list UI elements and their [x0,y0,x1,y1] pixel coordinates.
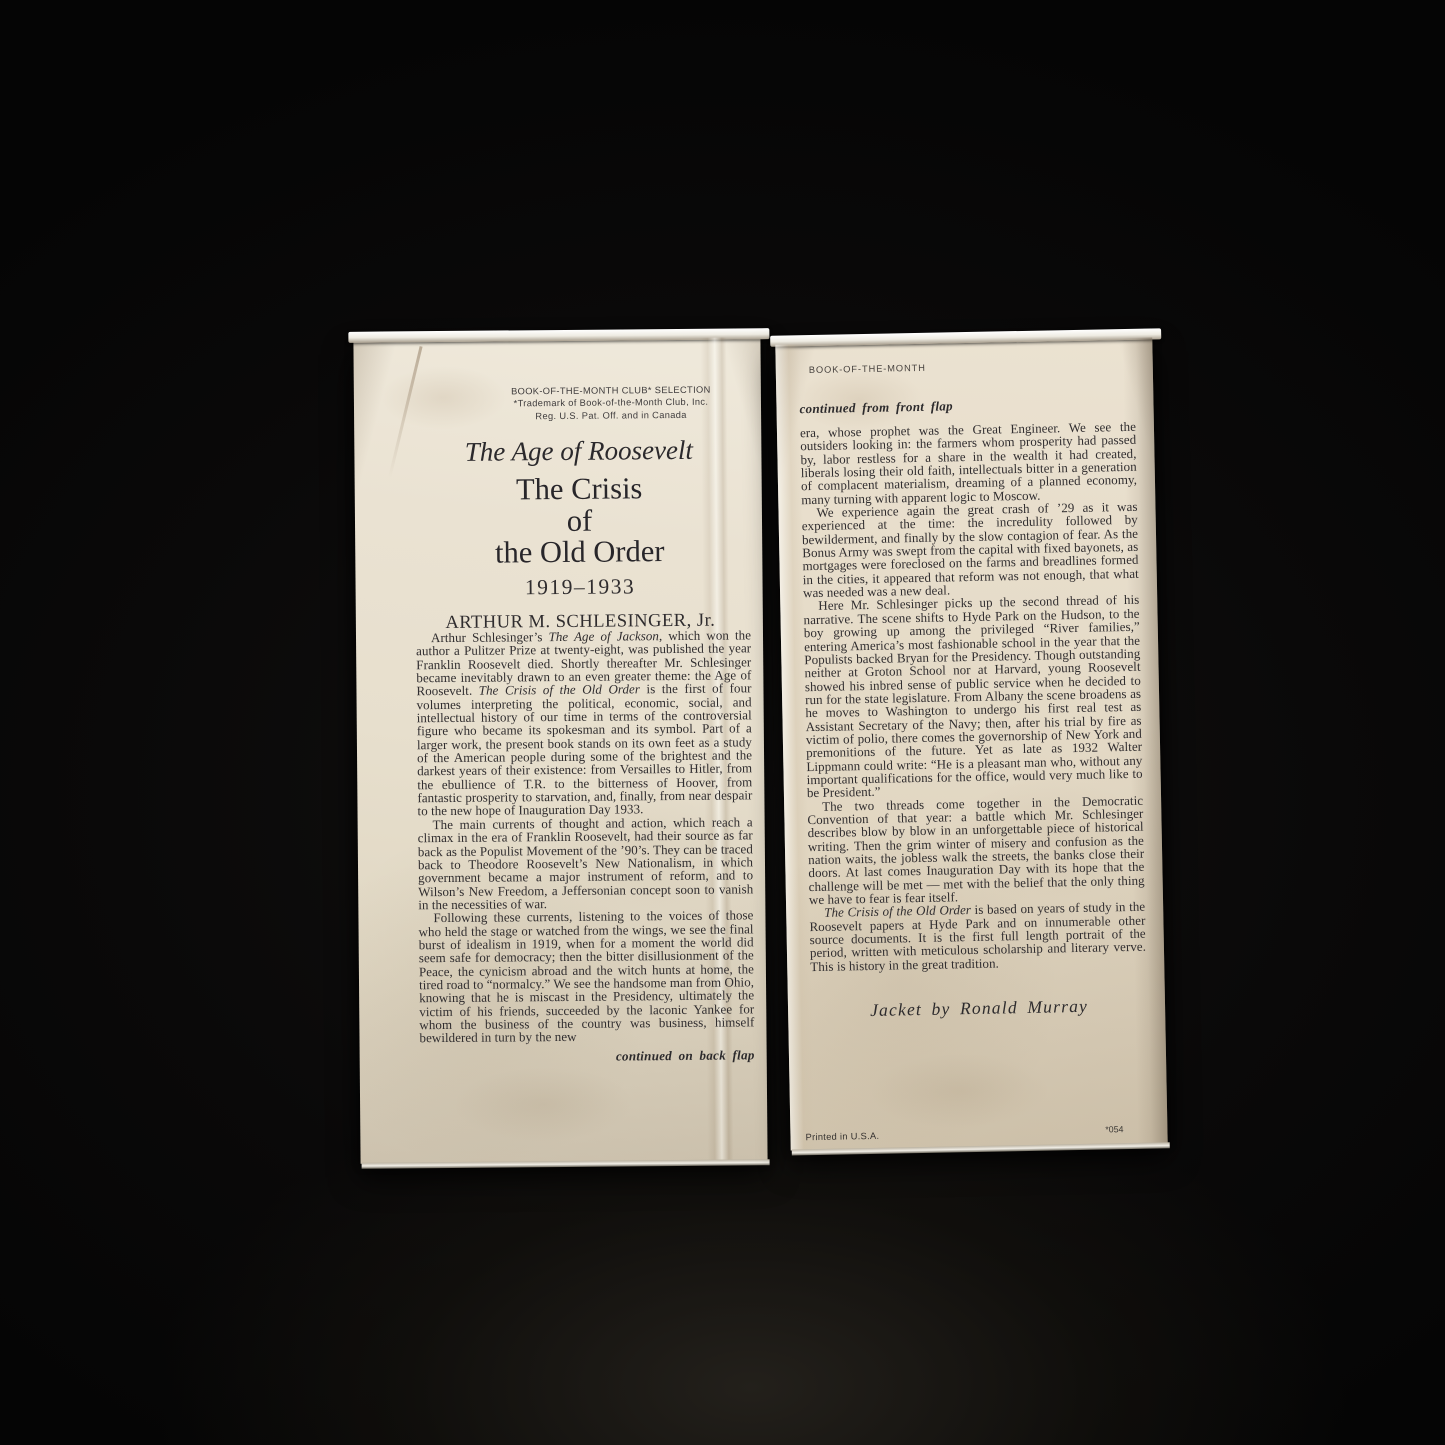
mylar-top-edge [348,328,769,343]
series-title: The Age of Roosevelt [402,434,755,467]
continued-from-front-flap-note: continued from front flap [799,395,1135,417]
front-flap-continued-text: continued from front flap era, whose pro… [799,395,1147,1022]
back-flap-text: Arthur Schlesinger’s The Age of Jackson,… [416,628,755,1064]
mylar-top-edge [770,328,1161,347]
paragraph: Arthur Schlesinger’s The Age of Jackson,… [416,628,753,818]
continued-on-back-flap-note: continued on back flap [420,1048,755,1064]
paper-bottom-edge [792,1142,1170,1155]
title-years: 1919–1933 [403,573,756,601]
paper-bottom-edge [362,1159,770,1169]
book-title: The Crisis of the Old Order [403,472,757,570]
jacket-code: *054 [1105,1124,1123,1134]
paragraph: era, whose prophet was the Great Enginee… [800,420,1137,506]
book-title-line-3: the Old Order [403,535,756,570]
paragraph: The main currents of thought and action,… [418,815,754,911]
paragraph: Here Mr. Schlesinger picks up the second… [803,593,1143,800]
paragraph: The two threads come together in the Dem… [807,793,1145,906]
jacket-designer-credit: Jacket by Ronald Murray [811,995,1147,1022]
book-title-line-1: The Crisis [403,472,756,507]
book-jacket-back-flap: BOOK-OF-THE-MONTH CLUB* SELECTION *Trade… [353,337,767,1164]
book-title-line-2: of [403,504,756,539]
paragraph: We experience again the great crash of ’… [801,500,1139,600]
bomc-line-3: Reg. U.S. Pat. Off. and in Canada [473,408,749,423]
title-block: The Age of Roosevelt The Crisis of the O… [402,434,757,634]
text-segment: is the first of four volumes interpretin… [417,681,753,819]
paragraph: The Crisis of the Old Order is based on … [809,900,1146,973]
bomc-selection-notice: BOOK-OF-THE-MONTH CLUB* SELECTION *Trade… [473,383,749,423]
bomc-header: BOOK-OF-THE-MONTH [809,363,926,375]
paragraph: Following these currents, listening to t… [418,909,754,1045]
bomc-line-2: *Trademark of Book-of-the-Month Club, In… [473,396,749,411]
flap-body-copy: era, whose prophet was the Great Enginee… [800,420,1146,973]
printed-in-usa-note: Printed in U.S.A. [805,1131,879,1142]
book-jacket-front-flap-continuation: BOOK-OF-THE-MONTH continued from front f… [775,337,1167,1150]
photo-background: BOOK-OF-THE-MONTH CLUB* SELECTION *Trade… [0,0,1445,1445]
